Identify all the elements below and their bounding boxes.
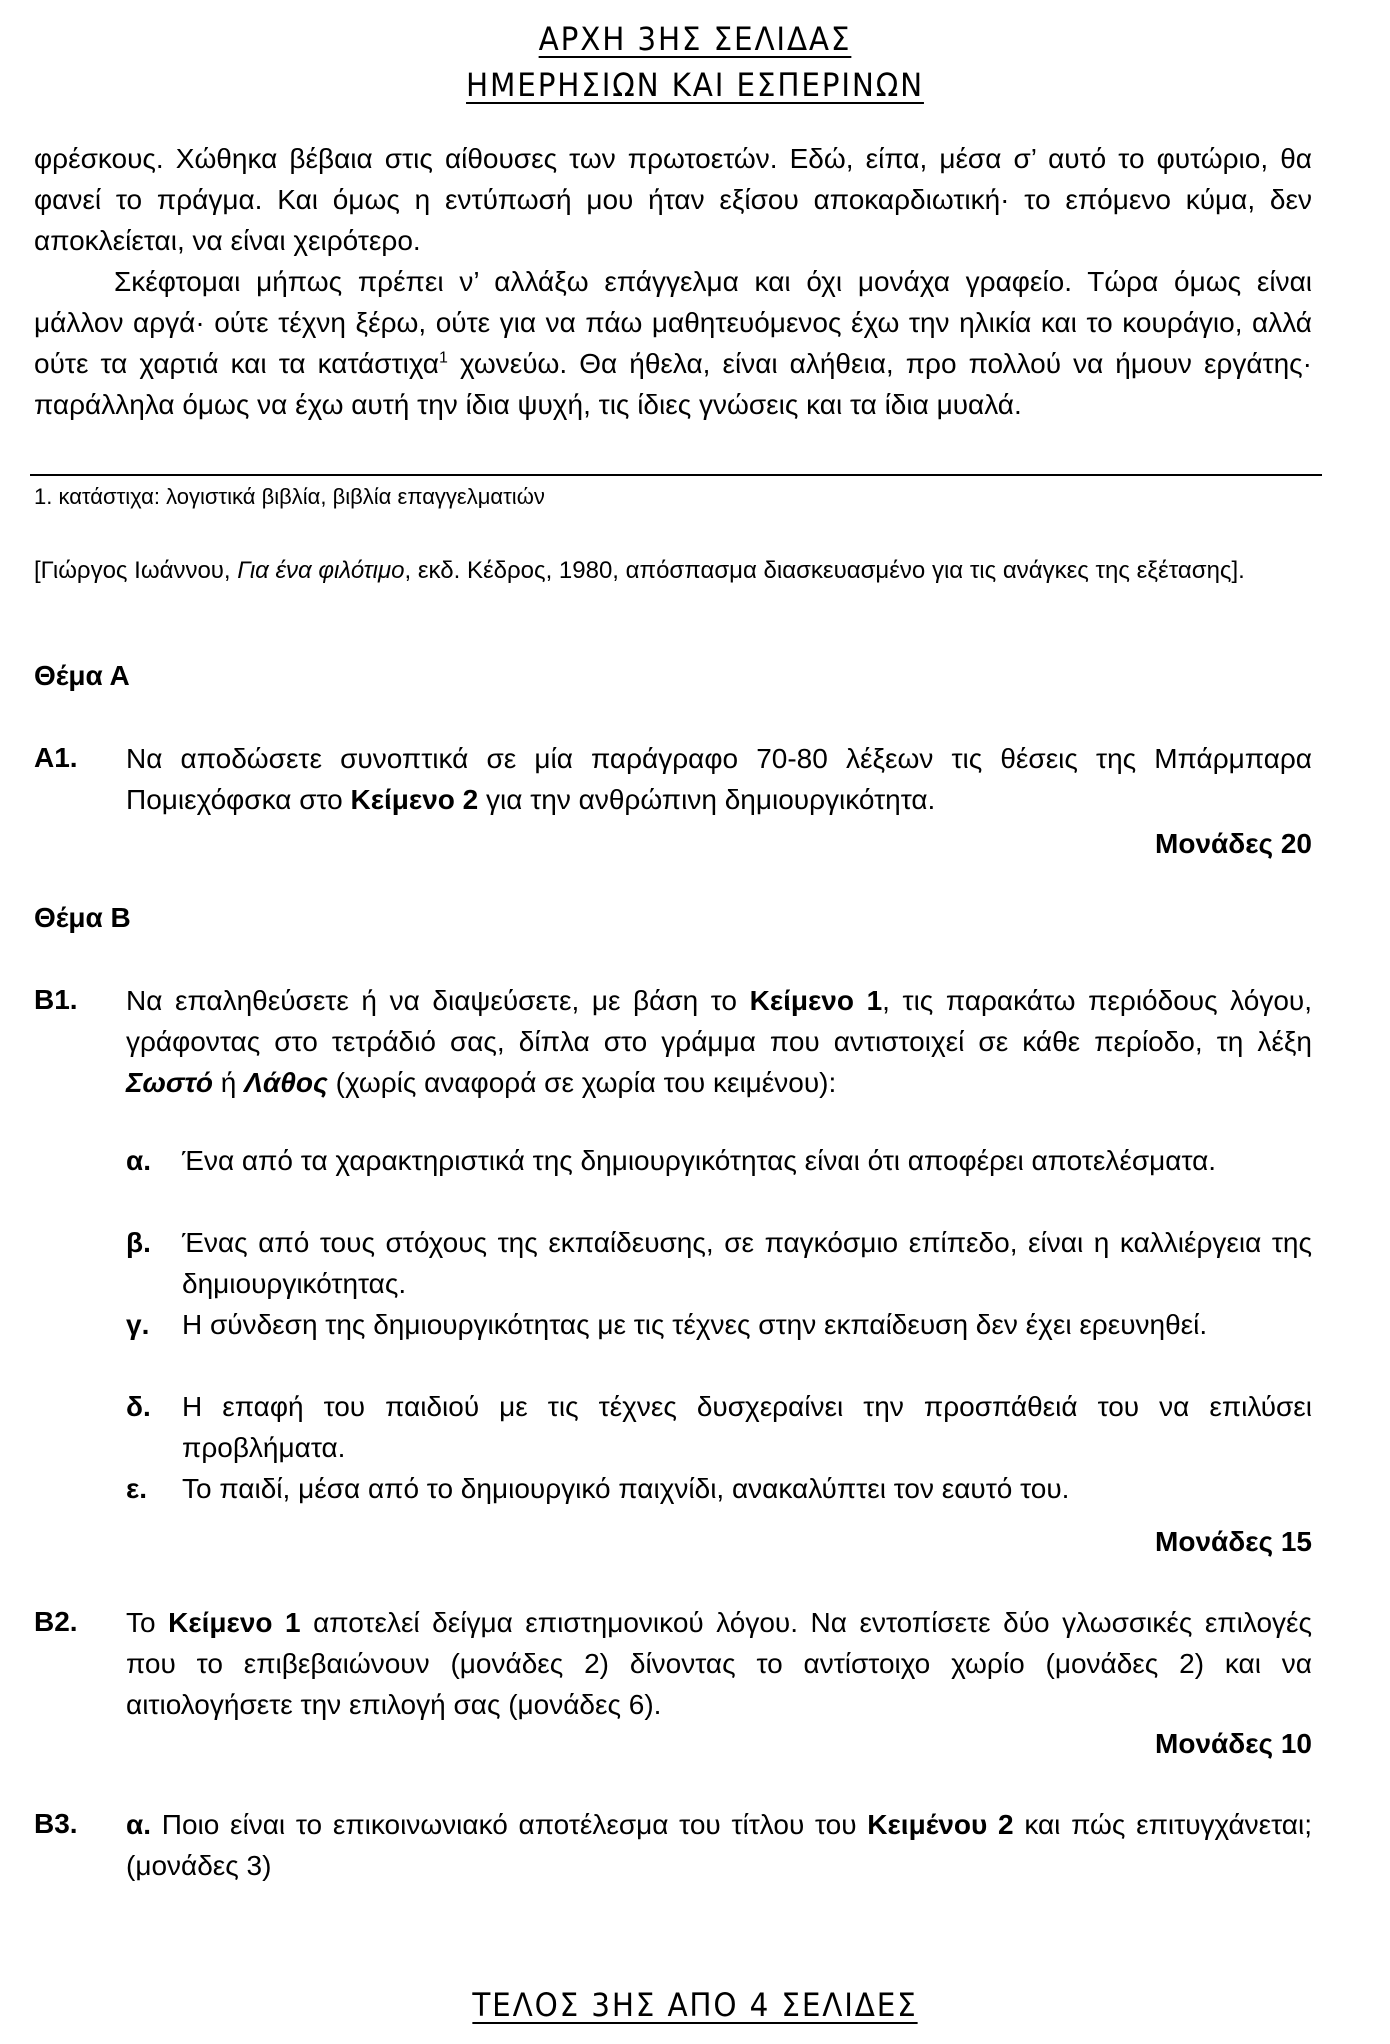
item-letter: δ. <box>126 1386 151 1427</box>
citation-title: Για ένα φιλότιμο <box>237 557 404 584</box>
statement-item: α.Ένα από τα χαρακτηριστικά της δημιουργ… <box>126 1140 1312 1181</box>
item-text: Το παιδί, μέσα από το δημιουργικό παιχνί… <box>182 1468 1312 1509</box>
item-letter: β. <box>126 1222 151 1263</box>
subquestion-letter: α. <box>126 1809 151 1840</box>
question-b1-points: Μονάδες 15 <box>1155 1526 1312 1558</box>
question-text: Το <box>126 1607 168 1638</box>
text-reference: Κείμενο 2 <box>351 784 479 815</box>
statement-item: β.Ένας από τους στόχους της εκπαίδευσης,… <box>126 1222 1312 1304</box>
footer-text: ΤΕΛΟΣ 3ΗΣ ΑΠΟ 4 ΣΕΛΙΔΕΣ <box>472 1986 917 2024</box>
question-text: (χωρίς αναφορά σε χωρία του κειμένου): <box>328 1067 836 1098</box>
question-b2-label: Β2. <box>34 1606 78 1638</box>
passage-paragraph-1: φρέσκους. Χώθηκα βέβαια στις αίθουσες τω… <box>34 138 1312 261</box>
question-b1-label: Β1. <box>34 984 78 1016</box>
question-b1-text: Να επαληθεύσετε ή να διαψεύσετε, με βάση… <box>126 980 1312 1103</box>
page-footer: ΤΕΛΟΣ 3ΗΣ ΑΠΟ 4 ΣΕΛΙΔΕΣ <box>56 1986 1335 2024</box>
statement-item: γ.Η σύνδεση της δημιουργικότητας με τις … <box>126 1304 1312 1345</box>
header-text-1: ΑΡΧΗ 3ΗΣ ΣΕΛΙΔΑΣ <box>539 20 852 58</box>
question-b2-points: Μονάδες 10 <box>1155 1728 1312 1760</box>
question-text: ή <box>213 1067 244 1098</box>
text-reference: Κειμένου 2 <box>867 1809 1013 1840</box>
header-text-2: ΗΜΕΡΗΣΙΩΝ ΚΑΙ ΕΣΠΕΡΙΝΩΝ <box>466 66 924 104</box>
passage-paragraph-2: Σκέφτομαι μήπως πρέπει ν’ αλλάξω επάγγελ… <box>34 261 1312 425</box>
text-reference: Κείμενο 1 <box>750 985 883 1016</box>
text-reference: Κείμενο 1 <box>168 1607 300 1638</box>
citation-author: [Γιώργος Ιωάννου, <box>34 557 237 584</box>
item-letter: ε. <box>126 1468 147 1509</box>
question-b3-label: Β3. <box>34 1808 78 1840</box>
question-b3-text: α. Ποιο είναι το επικοινωνιακό αποτέλεσμ… <box>126 1804 1312 1886</box>
page-header-line-2: ΗΜΕΡΗΣΙΩΝ ΚΑΙ ΕΣΠΕΡΙΝΩΝ <box>56 66 1335 104</box>
item-text: Η σύνδεση της δημιουργικότητας με τις τέ… <box>182 1304 1312 1345</box>
question-text: Να επαληθεύσετε ή να διαψεύσετε, με βάση… <box>126 985 750 1016</box>
citation: [Γιώργος Ιωάννου, Για ένα φιλότιμο, εκδ.… <box>34 552 1312 590</box>
citation-details: , εκδ. Κέδρος, 1980, απόσπασμα διασκευασ… <box>405 557 1245 584</box>
item-letter: α. <box>126 1140 151 1181</box>
question-text: για την ανθρώπινη δημιουργικότητα. <box>478 784 935 815</box>
item-letter: γ. <box>126 1304 149 1345</box>
question-a1-text: Να αποδώσετε συνοπτικά σε μία παράγραφο … <box>126 738 1312 820</box>
footnote: 1. κατάστιχα: λογιστικά βιβλία, βιβλία ε… <box>34 484 545 510</box>
item-text: Ένας από τους στόχους της εκπαίδευσης, σ… <box>182 1222 1312 1304</box>
item-text: Η επαφή του παιδιού με τις τέχνες δυσχερ… <box>182 1386 1312 1468</box>
statement-item: δ.Η επαφή του παιδιού με τις τέχνες δυσχ… <box>126 1386 1312 1468</box>
theme-b-heading: Θέμα Β <box>34 902 131 934</box>
page-header-line-1: ΑΡΧΗ 3ΗΣ ΣΕΛΙΔΑΣ <box>56 20 1335 58</box>
question-b2-text: Το Κείμενο 1 αποτελεί δείγμα επιστημονικ… <box>126 1602 1312 1725</box>
theme-a-heading: Θέμα Α <box>34 660 130 692</box>
statement-item: ε.Το παιδί, μέσα από το δημιουργικό παιχ… <box>126 1468 1312 1509</box>
answer-true: Σωστό <box>126 1067 213 1098</box>
question-a1-points: Μονάδες 20 <box>1155 828 1312 860</box>
footnote-divider <box>30 474 1322 476</box>
question-text: Ποιο είναι το επικοινωνιακό αποτέλεσμα τ… <box>151 1809 867 1840</box>
question-a1-label: Α1. <box>34 742 78 774</box>
question-text: αποτελεί δείγμα επιστημονικού λόγου. Να … <box>126 1607 1312 1720</box>
answer-false: Λάθος <box>244 1067 328 1098</box>
footnote-marker: 1 <box>439 350 448 367</box>
item-text: Ένα από τα χαρακτηριστικά της δημιουργικ… <box>182 1140 1312 1181</box>
